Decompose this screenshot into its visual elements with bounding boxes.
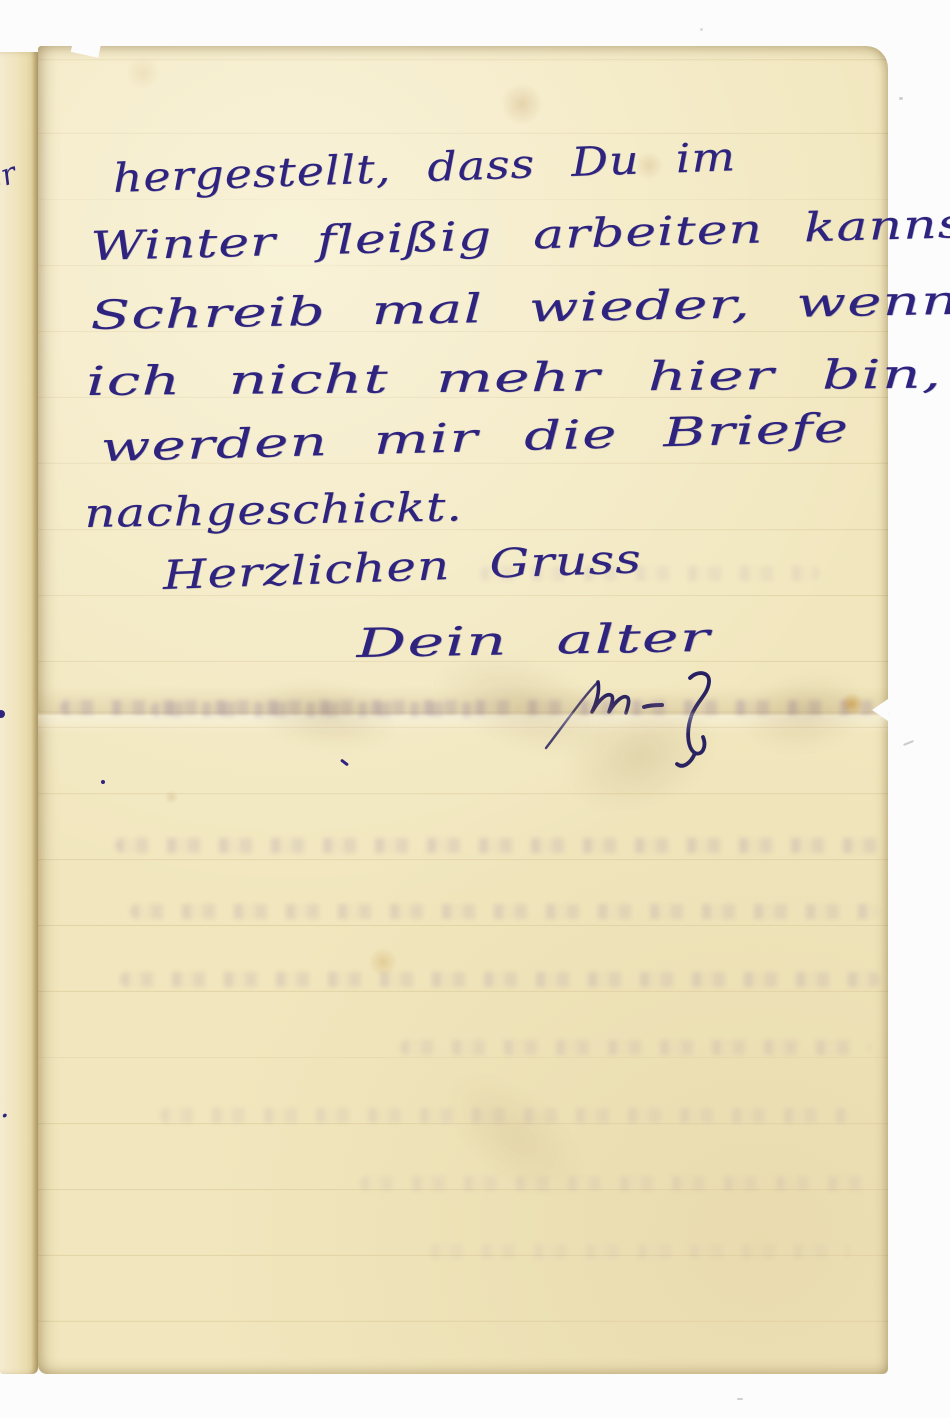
foxing-spot bbox=[368, 948, 398, 976]
bleed-through-row bbox=[430, 1244, 850, 1259]
left-edge-word-fragment: t. bbox=[0, 1090, 10, 1125]
foxing-spot bbox=[634, 152, 664, 179]
background-speck bbox=[899, 97, 903, 100]
bleed-through-row bbox=[160, 1108, 850, 1123]
left-edge-word-fragment: er bbox=[0, 156, 21, 199]
foxing-spot bbox=[124, 58, 162, 88]
bleed-through-row bbox=[360, 1176, 880, 1191]
ink-speck bbox=[101, 780, 105, 784]
bleed-through-row bbox=[120, 972, 880, 987]
background-speck bbox=[700, 28, 703, 31]
foxing-spot bbox=[164, 790, 179, 804]
background-speck bbox=[737, 1398, 743, 1400]
handwriting-line-6: nachgeschickt. bbox=[84, 484, 463, 537]
left-edge-ink-dot bbox=[0, 710, 5, 718]
bleed-through-row bbox=[130, 904, 880, 919]
foxing-spot bbox=[840, 693, 864, 715]
letter-scan: er t. hergestellt, dass Du im Winter fle… bbox=[0, 0, 950, 1418]
bleed-through-row bbox=[480, 566, 820, 581]
handwriting-line-4: ich nicht mehr hier bin, bbox=[86, 352, 942, 405]
bleed-through-row bbox=[115, 838, 885, 853]
left-page-edge: er t. bbox=[0, 52, 38, 1374]
bleed-through-row bbox=[400, 1040, 870, 1055]
foxing-spot bbox=[500, 84, 544, 124]
background-speck bbox=[903, 740, 914, 746]
paper-edge-notch bbox=[872, 699, 888, 721]
